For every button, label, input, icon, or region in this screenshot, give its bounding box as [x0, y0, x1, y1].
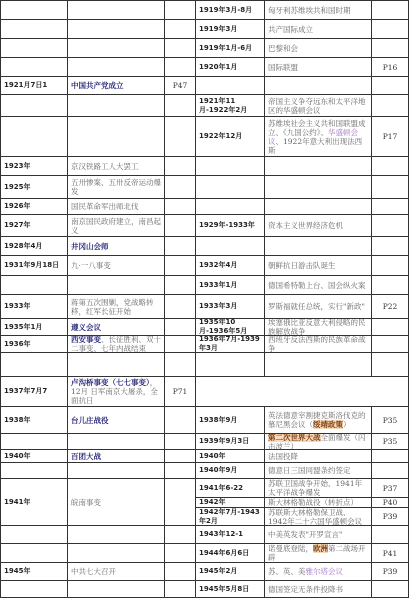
- cell-blank: [196, 353, 265, 377]
- cell-china-date: 1935年1月: [0, 319, 68, 336]
- cell-world-event: 斯大林格勒战役（转折点）: [265, 498, 372, 508]
- cell-world-date: 1943年12-1: [196, 526, 265, 544]
- cell-world-page: P22: [372, 295, 409, 319]
- cell-china-event: [68, 39, 165, 58]
- cell-china-date: [0, 20, 68, 39]
- cell-world-page: [372, 256, 409, 276]
- cell-china-page: [165, 450, 196, 463]
- cell-world-date: 1919年1月-6月: [196, 39, 265, 58]
- cell-world-event: 中美英发表"开罗宣言": [265, 526, 372, 544]
- cell-world-page: [372, 276, 409, 295]
- cell-china-page: [165, 176, 196, 199]
- cell-china-event: [68, 434, 165, 450]
- cell-china-date: [0, 544, 68, 563]
- cell-china-date: 1940年: [0, 450, 68, 463]
- cell-world-page: P40: [372, 498, 409, 508]
- cell-china-date: 1931年9月18日: [0, 256, 68, 276]
- cell-china-date: 1928年4月: [0, 237, 68, 256]
- cell-china-date: [0, 276, 68, 295]
- cell-china-event: 百团大战: [68, 450, 165, 463]
- cell-china-event: [68, 544, 165, 563]
- cell-world-event: 匈牙利苏维埃共和国时期: [265, 0, 372, 20]
- cell-world-page: [372, 157, 409, 176]
- cell-world-page: [372, 95, 409, 117]
- cell-world-page: [372, 77, 409, 95]
- cell-china-event: [68, 581, 165, 598]
- cell-china-page: [165, 434, 196, 450]
- cell-china-date: 1926年: [0, 199, 68, 215]
- cell-china-date: [0, 581, 68, 598]
- cell-china-date: [0, 434, 68, 450]
- cell-china-date: [0, 0, 68, 20]
- cell-world-event: 法国投降: [265, 450, 372, 463]
- cell-china-page: [165, 544, 196, 563]
- cell-china-date: 1933年: [0, 295, 68, 319]
- cell-china-event: 南京国民政府建立，南昌起义: [68, 215, 165, 237]
- cell-blank: [68, 353, 165, 377]
- cell-china-event: 中国共产党成立: [68, 77, 165, 95]
- cell-china-page: [165, 20, 196, 39]
- cell-world-date: [196, 77, 265, 95]
- cell-world-date: 1932年4月: [196, 256, 265, 276]
- cell-blank: [165, 353, 196, 377]
- cell-world-date: 1941年6-22: [196, 479, 265, 498]
- cell-world-event: 西班牙反法西斯的民族革命战争: [265, 336, 372, 353]
- cell-world-page: [372, 176, 409, 199]
- cell-china-event: 台儿庄战役: [68, 407, 165, 434]
- cell-china-page: [165, 526, 196, 544]
- cell-world-event: [265, 157, 372, 176]
- cell-world-date: [196, 199, 265, 215]
- cell-world-page: [372, 237, 409, 256]
- cell-blank: [0, 353, 68, 377]
- cell-world-event: 德意日三国同盟条约签定: [265, 463, 372, 479]
- highlight-appeasement: 绥靖政策: [313, 420, 343, 429]
- cell-world-page: P39: [372, 563, 409, 581]
- cell-china-page: [165, 319, 196, 336]
- cell-china-page: [165, 295, 196, 319]
- cell-china-page: [165, 479, 196, 526]
- highlight-ww2: 第二次世界大战: [268, 434, 321, 442]
- cell-world-date: 1939年9月3日: [196, 434, 265, 450]
- cell-world-event: [265, 176, 372, 199]
- cell-world-date: 1922年12月: [196, 117, 265, 157]
- cell-china-event: 中共七大召开: [68, 563, 165, 581]
- cell-world-event: 德国希特勒上台、国会纵火案: [265, 276, 372, 295]
- cell-world-event: 英法德意宰割捷克斯洛伐克的慕尼黑会议（绥靖政策）: [265, 407, 372, 434]
- highlight-europe: 欧洲: [313, 544, 328, 553]
- cell-china-date: 1925年: [0, 176, 68, 199]
- cell-world-event: 第二次世界大战全面爆发（闪击波兰）: [265, 434, 372, 450]
- cell-china-date: 1941年: [0, 479, 68, 526]
- cell-world-date: 1933年1月: [196, 276, 265, 295]
- cell-china-event: [68, 0, 165, 20]
- cell-china-event: [68, 20, 165, 39]
- cell-china-date: [0, 117, 68, 157]
- cell-china-event: [68, 95, 165, 117]
- highlight-marco-polo-bridge: 卢沟桥事变（七七事变）: [71, 378, 150, 387]
- cell-blank: [372, 353, 409, 377]
- cell-world-date: 1938年9月: [196, 407, 265, 434]
- cell-china-page: [165, 215, 196, 237]
- cell-world-event: 共产国际成立: [265, 20, 372, 39]
- cell-china-page: P71: [165, 377, 196, 407]
- cell-china-event: [68, 276, 165, 295]
- cell-china-date: [0, 463, 68, 479]
- cell-world-event: 朝鲜抗日游击队诞生: [265, 256, 372, 276]
- cell-world-page: P17: [372, 117, 409, 157]
- cell-china-event: 蒋第五次围剿，党战略转移，红军长征开始: [68, 295, 165, 319]
- cell-world-date: 1940年9月: [196, 463, 265, 479]
- cell-china-page: [165, 117, 196, 157]
- cell-world-page: [372, 20, 409, 39]
- cell-world-page: P35: [372, 407, 409, 434]
- cell-china-page: [165, 95, 196, 117]
- cell-world-date: 1919年3月-8月: [196, 0, 265, 20]
- cell-world-event: 国际联盟: [265, 58, 372, 77]
- cell-world-date: 1945年5月8日: [196, 581, 265, 598]
- cell-world-date: 1940年: [196, 450, 265, 463]
- cell-world-page: P37: [372, 479, 409, 498]
- cell-china-date: 1945年: [0, 563, 68, 581]
- cell-china-page: [165, 463, 196, 479]
- cell-world-event: 罗斯福就任总统，实行"新政": [265, 295, 372, 319]
- cell-china-event: 遵义会议: [68, 319, 165, 336]
- cell-china-date: 1938年: [0, 407, 68, 434]
- cell-world-event: 苏、英、美雅尔塔会议: [265, 563, 372, 581]
- cell-world-event: [265, 77, 372, 95]
- cell-china-page: [165, 581, 196, 598]
- cell-world-page: [372, 450, 409, 463]
- cell-china-event: [68, 58, 165, 77]
- cell-china-event: 井冈山会师: [68, 237, 165, 256]
- cell-world-page: P16: [372, 58, 409, 77]
- cell-china-date: [0, 95, 68, 117]
- cell-world-page: [372, 39, 409, 58]
- cell-world-page: [372, 199, 409, 215]
- cell-china-date: [0, 58, 68, 77]
- cell-world-page: [372, 526, 409, 544]
- cell-world-date: 1936年7月-1939年3月: [196, 336, 265, 353]
- cell-world-date: 1942年: [196, 498, 265, 508]
- cell-china-event: 皖南事变: [68, 479, 165, 526]
- highlight-yalta: 雅尔塔会议: [306, 567, 344, 576]
- cell-world-event: 苏联斯大林格勒保卫战、1942年二十六国华盛顿会议: [265, 508, 372, 526]
- cell-world-date: 1945年2月: [196, 563, 265, 581]
- cell-merged-empty: [196, 377, 409, 407]
- cell-world-event: 巴黎和会: [265, 39, 372, 58]
- cell-china-event: 国民革命军出师北伐: [68, 199, 165, 215]
- cell-world-page: [372, 463, 409, 479]
- cell-world-page: [372, 319, 409, 336]
- cell-china-page: P47: [165, 77, 196, 95]
- cell-china-date: 1937年7月7: [0, 377, 68, 407]
- cell-world-page: P35: [372, 434, 409, 450]
- cell-world-page: [372, 215, 409, 237]
- cell-world-event: 帝国主义争夺远东和太平洋地区的华盛顿会议: [265, 95, 372, 117]
- cell-china-event: 京汉铁路工人大罢工: [68, 157, 165, 176]
- cell-world-event: 资本主义世界经济危机: [265, 215, 372, 237]
- cell-china-event: [68, 463, 165, 479]
- cell-world-page: [372, 336, 409, 353]
- cell-china-event: 五卅惨案、五卅反帝运动爆发: [68, 176, 165, 199]
- cell-china-page: [165, 157, 196, 176]
- cell-world-event: 诺曼底登陆，欧洲第二战场开辟: [265, 544, 372, 563]
- cell-world-date: 1942年7月-1943年2月: [196, 508, 265, 526]
- cell-world-date: 1933年3月: [196, 295, 265, 319]
- cell-world-page: P41: [372, 544, 409, 563]
- cell-world-date: [196, 157, 265, 176]
- cell-china-event: 西安事变、长征胜利、双十二事变、七年内战结束: [68, 336, 165, 353]
- cell-china-page: [165, 39, 196, 58]
- cell-china-page: [165, 237, 196, 256]
- cell-world-event: 德国签定无条件投降书: [265, 581, 372, 598]
- cell-china-page: [165, 58, 196, 77]
- cell-china-date: 1936年: [0, 336, 68, 353]
- highlight-xian-incident: 西安事变: [71, 336, 101, 344]
- cell-world-date: [196, 237, 265, 256]
- cell-blank: [265, 353, 372, 377]
- cell-china-page: [165, 256, 196, 276]
- cell-china-page: [165, 199, 196, 215]
- cell-china-event: 九·一八事变: [68, 256, 165, 276]
- cell-china-page: [165, 0, 196, 20]
- cell-world-event: 埃塞俄比亚反意大利侵略的民族解放战争: [265, 319, 372, 336]
- cell-china-page: [165, 563, 196, 581]
- cell-china-date: [0, 39, 68, 58]
- cell-world-date: 1935年10月-1936年5月: [196, 319, 265, 336]
- cell-china-event: [68, 117, 165, 157]
- cell-china-page: [165, 276, 196, 295]
- cell-world-page: [372, 581, 409, 598]
- cell-china-page: [165, 336, 196, 353]
- cell-china-date: 1923年: [0, 157, 68, 176]
- cell-world-date: [196, 176, 265, 199]
- cell-china-page: [165, 407, 196, 434]
- cell-china-event: 卢沟桥事变（七七事变），12月 日军南京大屠杀，全面抗日: [68, 377, 165, 407]
- cell-world-page: [372, 0, 409, 20]
- cell-world-date: 1929年-1933年: [196, 215, 265, 237]
- cell-world-event: [265, 237, 372, 256]
- cell-china-date: 1927年: [0, 215, 68, 237]
- cell-china-date: 1921月7日1: [0, 77, 68, 95]
- cell-world-date: 1921年11月-1922年2月: [196, 95, 265, 117]
- cell-world-date: 1920年1月: [196, 58, 265, 77]
- cell-world-event: 苏维埃社会主义共和国联盟成立、《九国公约》、华盛顿会议、1922年意大利出现法西…: [265, 117, 372, 157]
- cell-world-event: 苏联卫国战争开始、1941年太平洋战争爆发: [265, 479, 372, 498]
- cell-world-date: 1919年3月: [196, 20, 265, 39]
- cell-world-date: 1944年6月6日: [196, 544, 265, 563]
- cell-china-event: [68, 526, 165, 544]
- cell-world-page: P39: [372, 508, 409, 526]
- cell-world-event: [265, 199, 372, 215]
- cell-china-date: [0, 526, 68, 544]
